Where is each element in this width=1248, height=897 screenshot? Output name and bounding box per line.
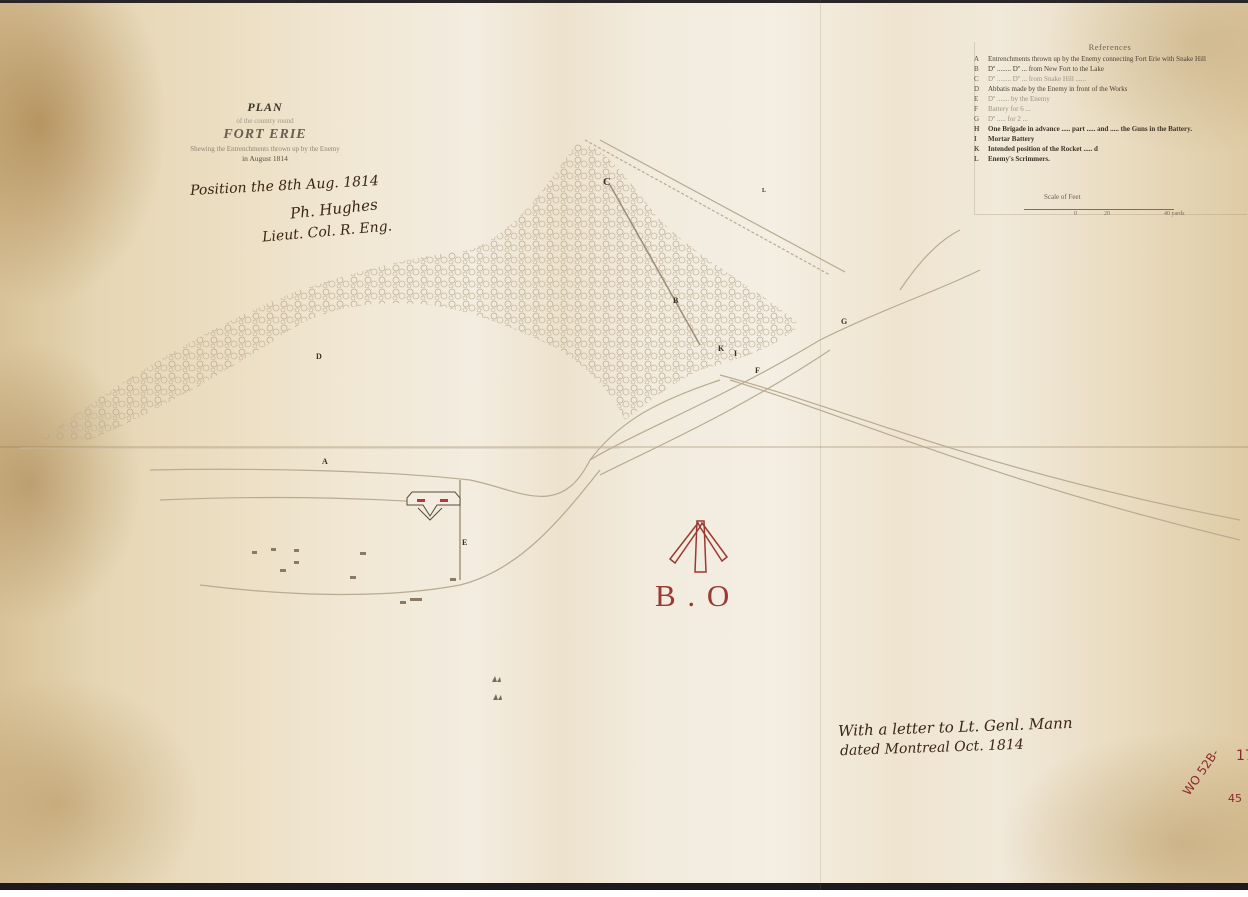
archive-number-top: 17 xyxy=(1236,748,1248,764)
legend-border xyxy=(974,42,1247,215)
woodland-area xyxy=(40,144,800,440)
board-of-ordnance-label: B . O xyxy=(655,578,731,614)
map-label-f: F xyxy=(755,366,760,375)
map-label-k: K xyxy=(718,344,724,353)
archive-number-bottom: 45 xyxy=(1228,792,1242,805)
map-label-d: D xyxy=(316,352,322,361)
title-plan: PLAN xyxy=(140,100,390,115)
title-date: in August 1814 xyxy=(140,154,390,163)
scale-bar xyxy=(1024,209,1174,210)
scale-label: Scale of Feet xyxy=(1044,193,1081,201)
map-label-l: L xyxy=(762,188,766,194)
map-label-i: I xyxy=(734,349,737,358)
buildings xyxy=(252,548,456,604)
references-legend: References AEntrenchments thrown up by t… xyxy=(974,42,1246,212)
map-label-a: A xyxy=(322,457,328,466)
title-block: PLAN of the country round FORT ERIE Shew… xyxy=(140,100,390,163)
map-label-b: B xyxy=(673,296,678,305)
title-description: Shewing the Entrenchments thrown up by t… xyxy=(140,145,390,153)
ship-icons xyxy=(492,676,502,700)
fort-erie-icon xyxy=(407,492,460,520)
title-subtitle: of the country round xyxy=(140,117,390,125)
title-fort-erie: FORT ERIE xyxy=(140,127,390,143)
map-label-g: G xyxy=(841,317,847,326)
map-label-e: E xyxy=(462,538,467,547)
map-label-c: C xyxy=(603,176,611,188)
